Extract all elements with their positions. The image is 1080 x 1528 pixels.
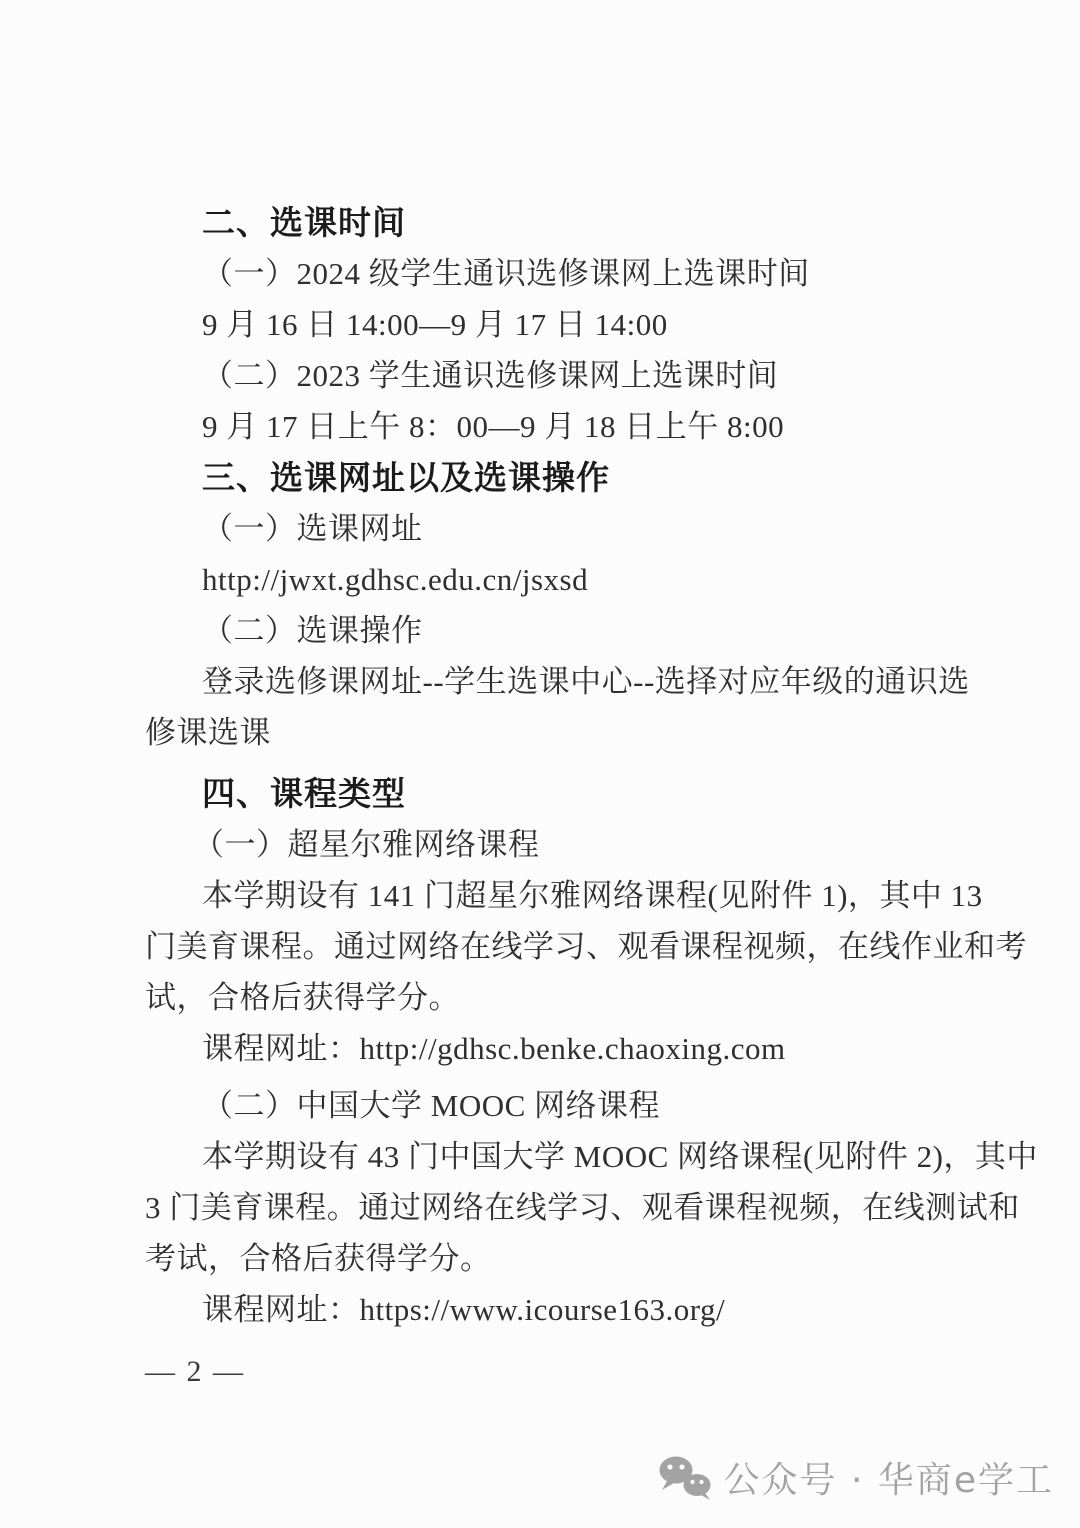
chaoxing-course-url: 课程网址：http://gdhsc.benke.chaoxing.com xyxy=(145,1023,985,1074)
wechat-watermark: 公众号 · 华商e学工 xyxy=(658,1452,1054,1503)
section-heading-4: 四、课程类型 xyxy=(145,768,985,819)
time-range-2023: 9 月 17 日上午 8：00—9 月 18 日上午 8:00 xyxy=(145,401,985,452)
operation-instructions-line1: 登录选修课网址--学生选课中心--选择对应年级的通识选 xyxy=(145,656,985,707)
mooc-paragraph-line3: 考试，合格后获得学分。 xyxy=(145,1233,985,1284)
chaoxing-paragraph-line1: 本学期设有 141 门超星尔雅网络课程(见附件 1)，其中 13 xyxy=(145,870,985,921)
document-body: 二、选课时间 （一）2024 级学生通识选修课网上选课时间 9 月 16 日 1… xyxy=(145,197,985,1335)
mooc-paragraph-line1: 本学期设有 43 门中国大学 MOOC 网络课程(见附件 2)，其中 xyxy=(145,1131,985,1182)
time-range-2024: 9 月 16 日 14:00—9 月 17 日 14:00 xyxy=(145,299,985,350)
section-heading-3: 三、选课网址以及选课操作 xyxy=(145,452,985,503)
chaoxing-paragraph-line2: 门美育课程。通过网络在线学习、观看课程视频，在线作业和考 xyxy=(145,921,985,972)
chaoxing-paragraph-line3: 试，合格后获得学分。 xyxy=(145,972,985,1023)
subsection-2-2023-title: （二）2023 学生通识选修课网上选课时间 xyxy=(145,350,985,401)
subsection-1-2024-title: （一）2024 级学生通识选修课网上选课时间 xyxy=(145,248,985,299)
subsection-operation-title: （二）选课操作 xyxy=(145,605,985,656)
subsection-url-title: （一）选课网址 xyxy=(145,503,985,554)
subsection-mooc-title: （二）中国大学 MOOC 网络课程 xyxy=(145,1080,985,1131)
subsection-chaoxing-title: （一）超星尔雅网络课程 xyxy=(145,819,985,870)
mooc-paragraph-line2: 3 门美育课程。通过网络在线学习、观看课程视频，在线测试和 xyxy=(145,1182,985,1233)
operation-instructions-line2: 修课选课 xyxy=(145,707,985,758)
watermark-label: 公众号 · 华商e学工 xyxy=(724,1452,1054,1503)
course-selection-url: http://jwxt.gdhsc.edu.cn/jsxsd xyxy=(145,554,985,605)
mooc-course-url: 课程网址：https://www.icourse163.org/ xyxy=(145,1284,985,1335)
page-number: — 2 — xyxy=(145,1355,245,1389)
wechat-icon xyxy=(658,1455,712,1501)
document-page: 二、选课时间 （一）2024 级学生通识选修课网上选课时间 9 月 16 日 1… xyxy=(0,0,1080,1528)
section-heading-2: 二、选课时间 xyxy=(145,197,985,248)
